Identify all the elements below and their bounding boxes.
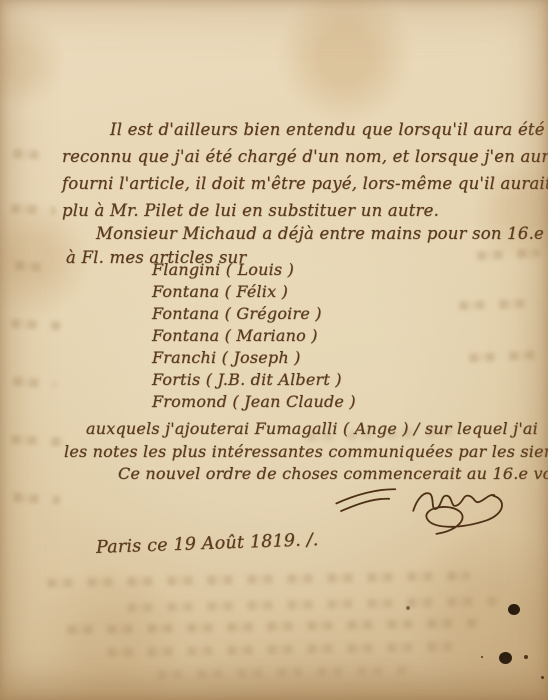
handwritten-line: plu à Mr. Pilet de lui en substituer un … <box>62 197 548 224</box>
ink-speck <box>541 676 544 679</box>
name-list: Flangini ( Louis ) Fontana ( Félix ) Fon… <box>152 259 356 413</box>
paragraph-3: auxquels j'ajouterai Fumagalli ( Ange ) … <box>64 417 548 463</box>
ink-blot <box>499 652 512 664</box>
ink-speck <box>406 606 410 610</box>
handwritten-line: reconnu que j'ai été chargé d'un nom, et… <box>62 143 548 170</box>
ink-speck <box>481 656 483 658</box>
list-item: Fontana ( Mariano ) <box>152 325 356 347</box>
list-item: Fontana ( Grégoire ) <box>152 303 356 325</box>
list-item: Franchi ( Joseph ) <box>152 347 356 369</box>
handwritten-line: auxquels j'ajouterai Fumagalli ( Ange ) … <box>64 417 548 440</box>
handwritten-line: fourni l'article, il doit m'être payé, l… <box>62 170 548 197</box>
handwritten-line: Monsieur Michaud a déjà entre mains pour… <box>66 222 548 246</box>
handwritten-line: les notes les plus intéressantes communi… <box>64 440 548 463</box>
list-item: Flangini ( Louis ) <box>152 259 356 281</box>
letter-photo: Il est d'ailleurs bien entendu que lorsq… <box>0 0 548 700</box>
list-item: Fromond ( Jean Claude ) <box>152 391 356 413</box>
ink-speck <box>524 655 528 659</box>
paragraph-1: Il est d'ailleurs bien entendu que lorsq… <box>62 116 548 224</box>
list-item: Fortis ( J.B. dit Albert ) <box>152 369 356 391</box>
list-item: Fontana ( Félix ) <box>152 281 356 303</box>
ink-blot <box>508 604 520 615</box>
handwritten-line: Il est d'ailleurs bien entendu que lorsq… <box>62 116 548 143</box>
